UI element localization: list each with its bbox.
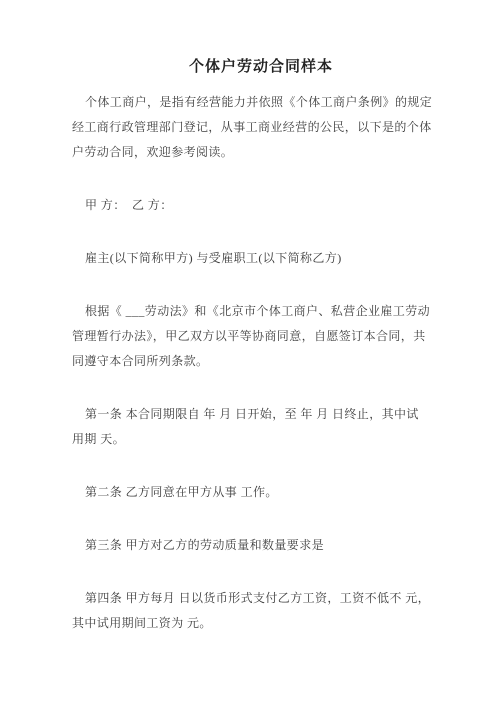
clause-4-wage: 第四条 甲方每月 日以货币形式支付乙方工资，工资不低不 元， 其中试用期间工资为… bbox=[72, 586, 450, 636]
employer-employee-line: 雇主(以下简称甲方) 与受雇职工(以下简称乙方) bbox=[72, 246, 450, 271]
document-title: 个体户劳动合同样本 bbox=[72, 52, 450, 82]
clause-1-term: 第一条 本合同期限自 年 月 日开始，至 年 月 日终止，其中试 用期 天。 bbox=[72, 402, 450, 452]
legal-basis-paragraph: 根据《 ___劳动法》和《北京市个体工商户、私营企业雇工劳动 管理暂行办法》，甲… bbox=[72, 299, 450, 374]
intro-paragraph: 个体工商户，是指有经营能力并依照《个体工商户条例》的规定 经工商行政管理部门登记… bbox=[72, 90, 450, 165]
parties-line: 甲 方： 乙 方： bbox=[72, 193, 450, 218]
document-page: 个体户劳动合同样本 个体工商户，是指有经营能力并依照《个体工商户条例》的规定 经… bbox=[0, 0, 500, 708]
contract-document: 个体户劳动合同样本 个体工商户，是指有经营能力并依照《个体工商户条例》的规定 经… bbox=[0, 0, 500, 636]
clause-3-quality: 第三条 甲方对乙方的劳动质量和数量要求是 bbox=[72, 533, 450, 558]
clause-2-job: 第二条 乙方同意在甲方从事 工作。 bbox=[72, 480, 450, 505]
